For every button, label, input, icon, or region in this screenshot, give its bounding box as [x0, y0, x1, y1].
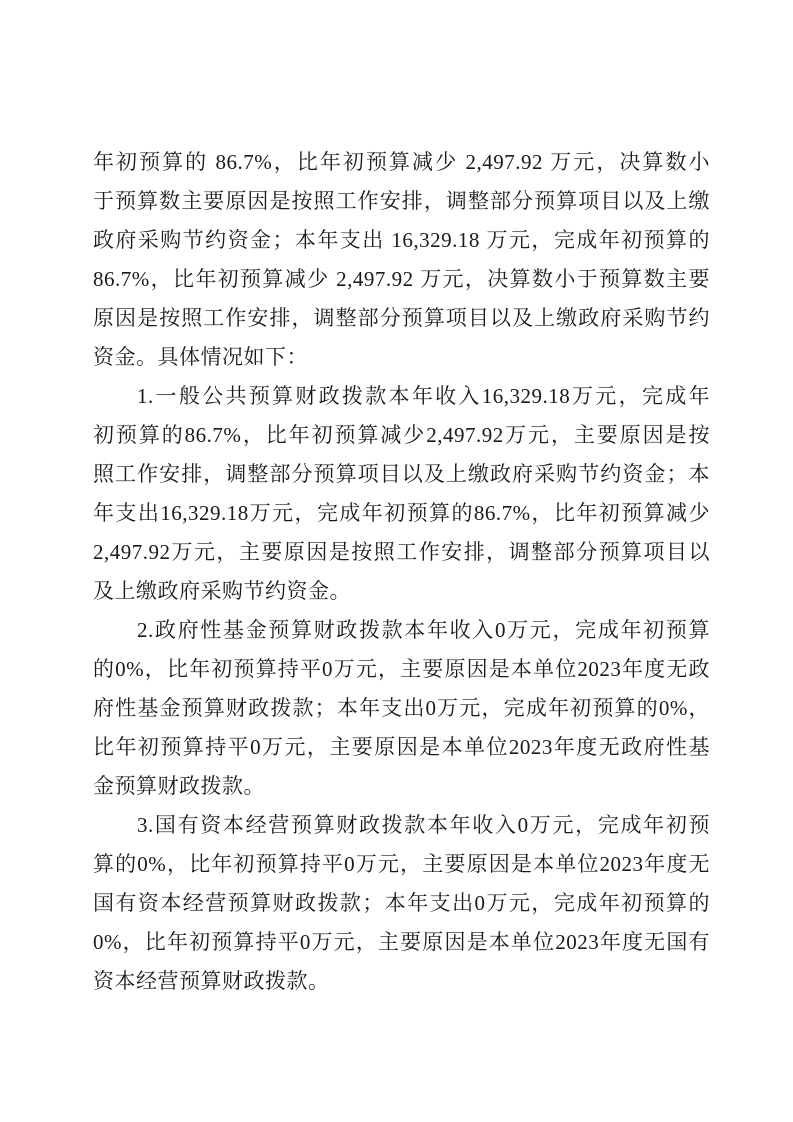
text-line: 2,497.92万元，主要原因是按照工作安排，调整部分预算项目以: [93, 533, 710, 572]
text-line: 于预算数主要原因是按照工作安排，调整部分预算项目以及上缴: [93, 182, 710, 221]
text-line: 86.7%，比年初预算减少 2,497.92 万元，决算数小于预算数主要: [93, 260, 710, 299]
text-line: 比年初预算持平0万元，主要原因是本单位2023年度无政府性基: [93, 728, 710, 767]
item-1-general-public-budget-paragraph: 1.一般公共预算财政拨款本年收入16,329.18万元，完成年初预算的86.7%…: [93, 377, 710, 611]
text-line: 初预算的86.7%，比年初预算减少2,497.92万元，主要原因是按: [93, 416, 710, 455]
document-page: 年初预算的 86.7%，比年初预算减少 2,497.92 万元，决算数小于预算数…: [0, 0, 793, 1122]
text-line: 3.国有资本经营预算财政拨款本年收入0万元，完成年初预: [93, 806, 710, 845]
text-line: 政府采购节约资金；本年支出 16,329.18 万元，完成年初预算的: [93, 221, 710, 260]
continuation-paragraph: 年初预算的 86.7%，比年初预算减少 2,497.92 万元，决算数小于预算数…: [93, 143, 710, 377]
text-line: 1.一般公共预算财政拨款本年收入16,329.18万元，完成年: [93, 377, 710, 416]
item-3-state-capital-budget-paragraph: 3.国有资本经营预算财政拨款本年收入0万元，完成年初预算的0%，比年初预算持平0…: [93, 806, 710, 1001]
item-2-government-fund-budget-paragraph: 2.政府性基金预算财政拨款本年收入0万元，完成年初预算的0%，比年初预算持平0万…: [93, 611, 710, 806]
text-line: 及上缴政府采购节约资金。: [93, 572, 710, 611]
text-line: 算的0%，比年初预算持平0万元，主要原因是本单位2023年度无: [93, 845, 710, 884]
text-line: 资本经营预算财政拨款。: [93, 962, 710, 1001]
text-line: 年初预算的 86.7%，比年初预算减少 2,497.92 万元，决算数小: [93, 143, 710, 182]
text-line: 府性基金预算财政拨款；本年支出0万元，完成年初预算的0%，: [93, 689, 710, 728]
text-line: 国有资本经营预算财政拨款；本年支出0万元，完成年初预算的: [93, 884, 710, 923]
text-line: 资金。具体情况如下：: [93, 338, 710, 377]
text-line: 2.政府性基金预算财政拨款本年收入0万元，完成年初预算: [93, 611, 710, 650]
document-body: 年初预算的 86.7%，比年初预算减少 2,497.92 万元，决算数小于预算数…: [93, 143, 710, 1001]
text-line: 照工作安排，调整部分预算项目以及上缴政府采购节约资金；本: [93, 455, 710, 494]
text-line: 年支出16,329.18万元，完成年初预算的86.7%，比年初预算减少: [93, 494, 710, 533]
text-line: 原因是按照工作安排，调整部分预算项目以及上缴政府采购节约: [93, 299, 710, 338]
text-line: 金预算财政拨款。: [93, 767, 710, 806]
text-line: 的0%，比年初预算持平0万元，主要原因是本单位2023年度无政: [93, 650, 710, 689]
text-line: 0%，比年初预算持平0万元，主要原因是本单位2023年度无国有: [93, 923, 710, 962]
